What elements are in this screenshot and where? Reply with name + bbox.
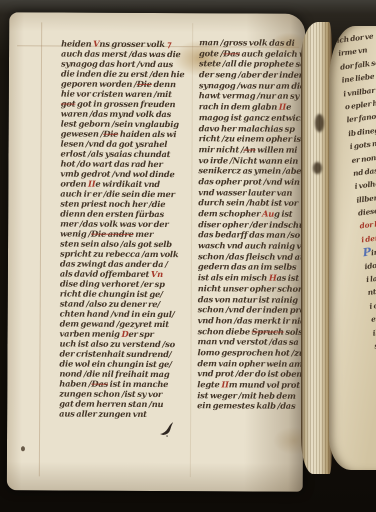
rubricated-word: An [244,144,256,154]
rubricated-word: Die andre [91,229,134,239]
rubric-red: II [279,102,286,112]
text-line: gedern das an im selbs [198,262,308,273]
text-line: gote /Das auch gelaich wi [199,48,309,59]
text-line: ist weger /mit heb dem [197,390,307,401]
fore-edge-pages [301,22,332,474]
text-line: wasch vnd auch rainig vl [198,240,308,251]
text-line: durch sein /habt ist vor [198,198,308,209]
manuscript-photo: heiden Vns grosser volk ⁊auch das merst … [0,0,376,512]
text-line: vnd wasser lauter van [198,187,308,198]
rubricated-word: Spruch [252,326,284,336]
text-line: davo her malachias sp [199,123,309,134]
rubricated-word: Das [91,379,108,389]
text-line: nicht unser opher schon / [198,283,308,294]
right-page: ich dor veirme vndor falk soine liebei v… [329,26,376,470]
text-column-right: man /gross volk das digote /Das auch gel… [197,37,309,412]
rubricated-word: Das [223,48,240,58]
text-line: das opher prot /vnd win [198,176,308,187]
text-column-left: heiden Vns grosser volk ⁊auch das merst … [59,39,203,420]
gutter-stain [313,162,322,174]
rubricated-word: got [61,98,76,108]
rubric-red: II [88,179,95,189]
right-page-text: ich dor veirme vndor falk soine liebei v… [336,26,376,446]
rubric-red: H [269,273,277,283]
text-line: schon diebe Spruch solst [198,326,308,337]
text-line: ist als ein misch Has ist [198,272,308,283]
ruling-line-left-margin [39,22,42,476]
text-line: ein gemestes kalb /das [197,401,307,412]
text-line: diser opher /der indschu [198,219,308,230]
text-line: der seng /aber der inden [199,69,309,80]
text-line: legte IIm mund vol prot [197,379,307,390]
text-line: hawt vermag /nur an sy [199,91,309,102]
blue-initial: P [362,246,372,260]
text-line: schon /vnd der inden prot [198,304,308,315]
text-line: vnd prot /der do ist oben [197,369,307,380]
rubric-red: Vn [151,269,163,279]
text-line: synagog /was nur am die [199,80,309,91]
rubric-red: V [93,39,99,49]
left-page: heiden Vns grosser volk ⁊auch das merst … [7,12,305,492]
text-line: senikercz as ymein /aber [198,165,308,176]
text-line: das bedarff das man /so [198,230,308,241]
text-line: aus aller zungen vnt [59,408,201,419]
text-line: lomo gesprochen hot /zu [197,347,307,358]
rubricated-word: Die [137,79,152,89]
text-line: dem schopher Aug ist [198,208,308,219]
text-line: rach in dem glabn IIe [199,101,309,112]
rubric-red: II [221,379,228,389]
pen-flourish-icon [159,421,177,437]
rubricated-word: Die [103,129,118,139]
text-line: man /gross volk das di [199,37,309,48]
text-line: magog ist gancz entwicht [199,112,309,123]
text-line: richt /zu einem opher ist [199,133,309,144]
rubric-red: i der indi [361,231,376,244]
ink-speck [21,446,25,451]
text-line: vnd hon /das merkt ir nid [198,315,308,326]
rubric-red: ⁊ [167,39,171,49]
text-line: vo irde /Nicht wann ein [198,155,308,166]
text-line: mir nicht /An willen mi [199,144,309,155]
text-line: schon /das fleisch vnd auch [198,251,308,262]
text-line: man vnd verstot /das sa [198,336,308,347]
rubric-red: dor hoft [359,218,376,231]
text-line: das von natur ist rainig [198,294,308,305]
text-line: dem vain opher wein am [197,358,307,369]
text-line: stete /all die prophete sch [199,59,309,70]
rubric-red: D [121,329,128,339]
rubric-red: Au [262,209,274,219]
gutter-stain [315,114,324,132]
